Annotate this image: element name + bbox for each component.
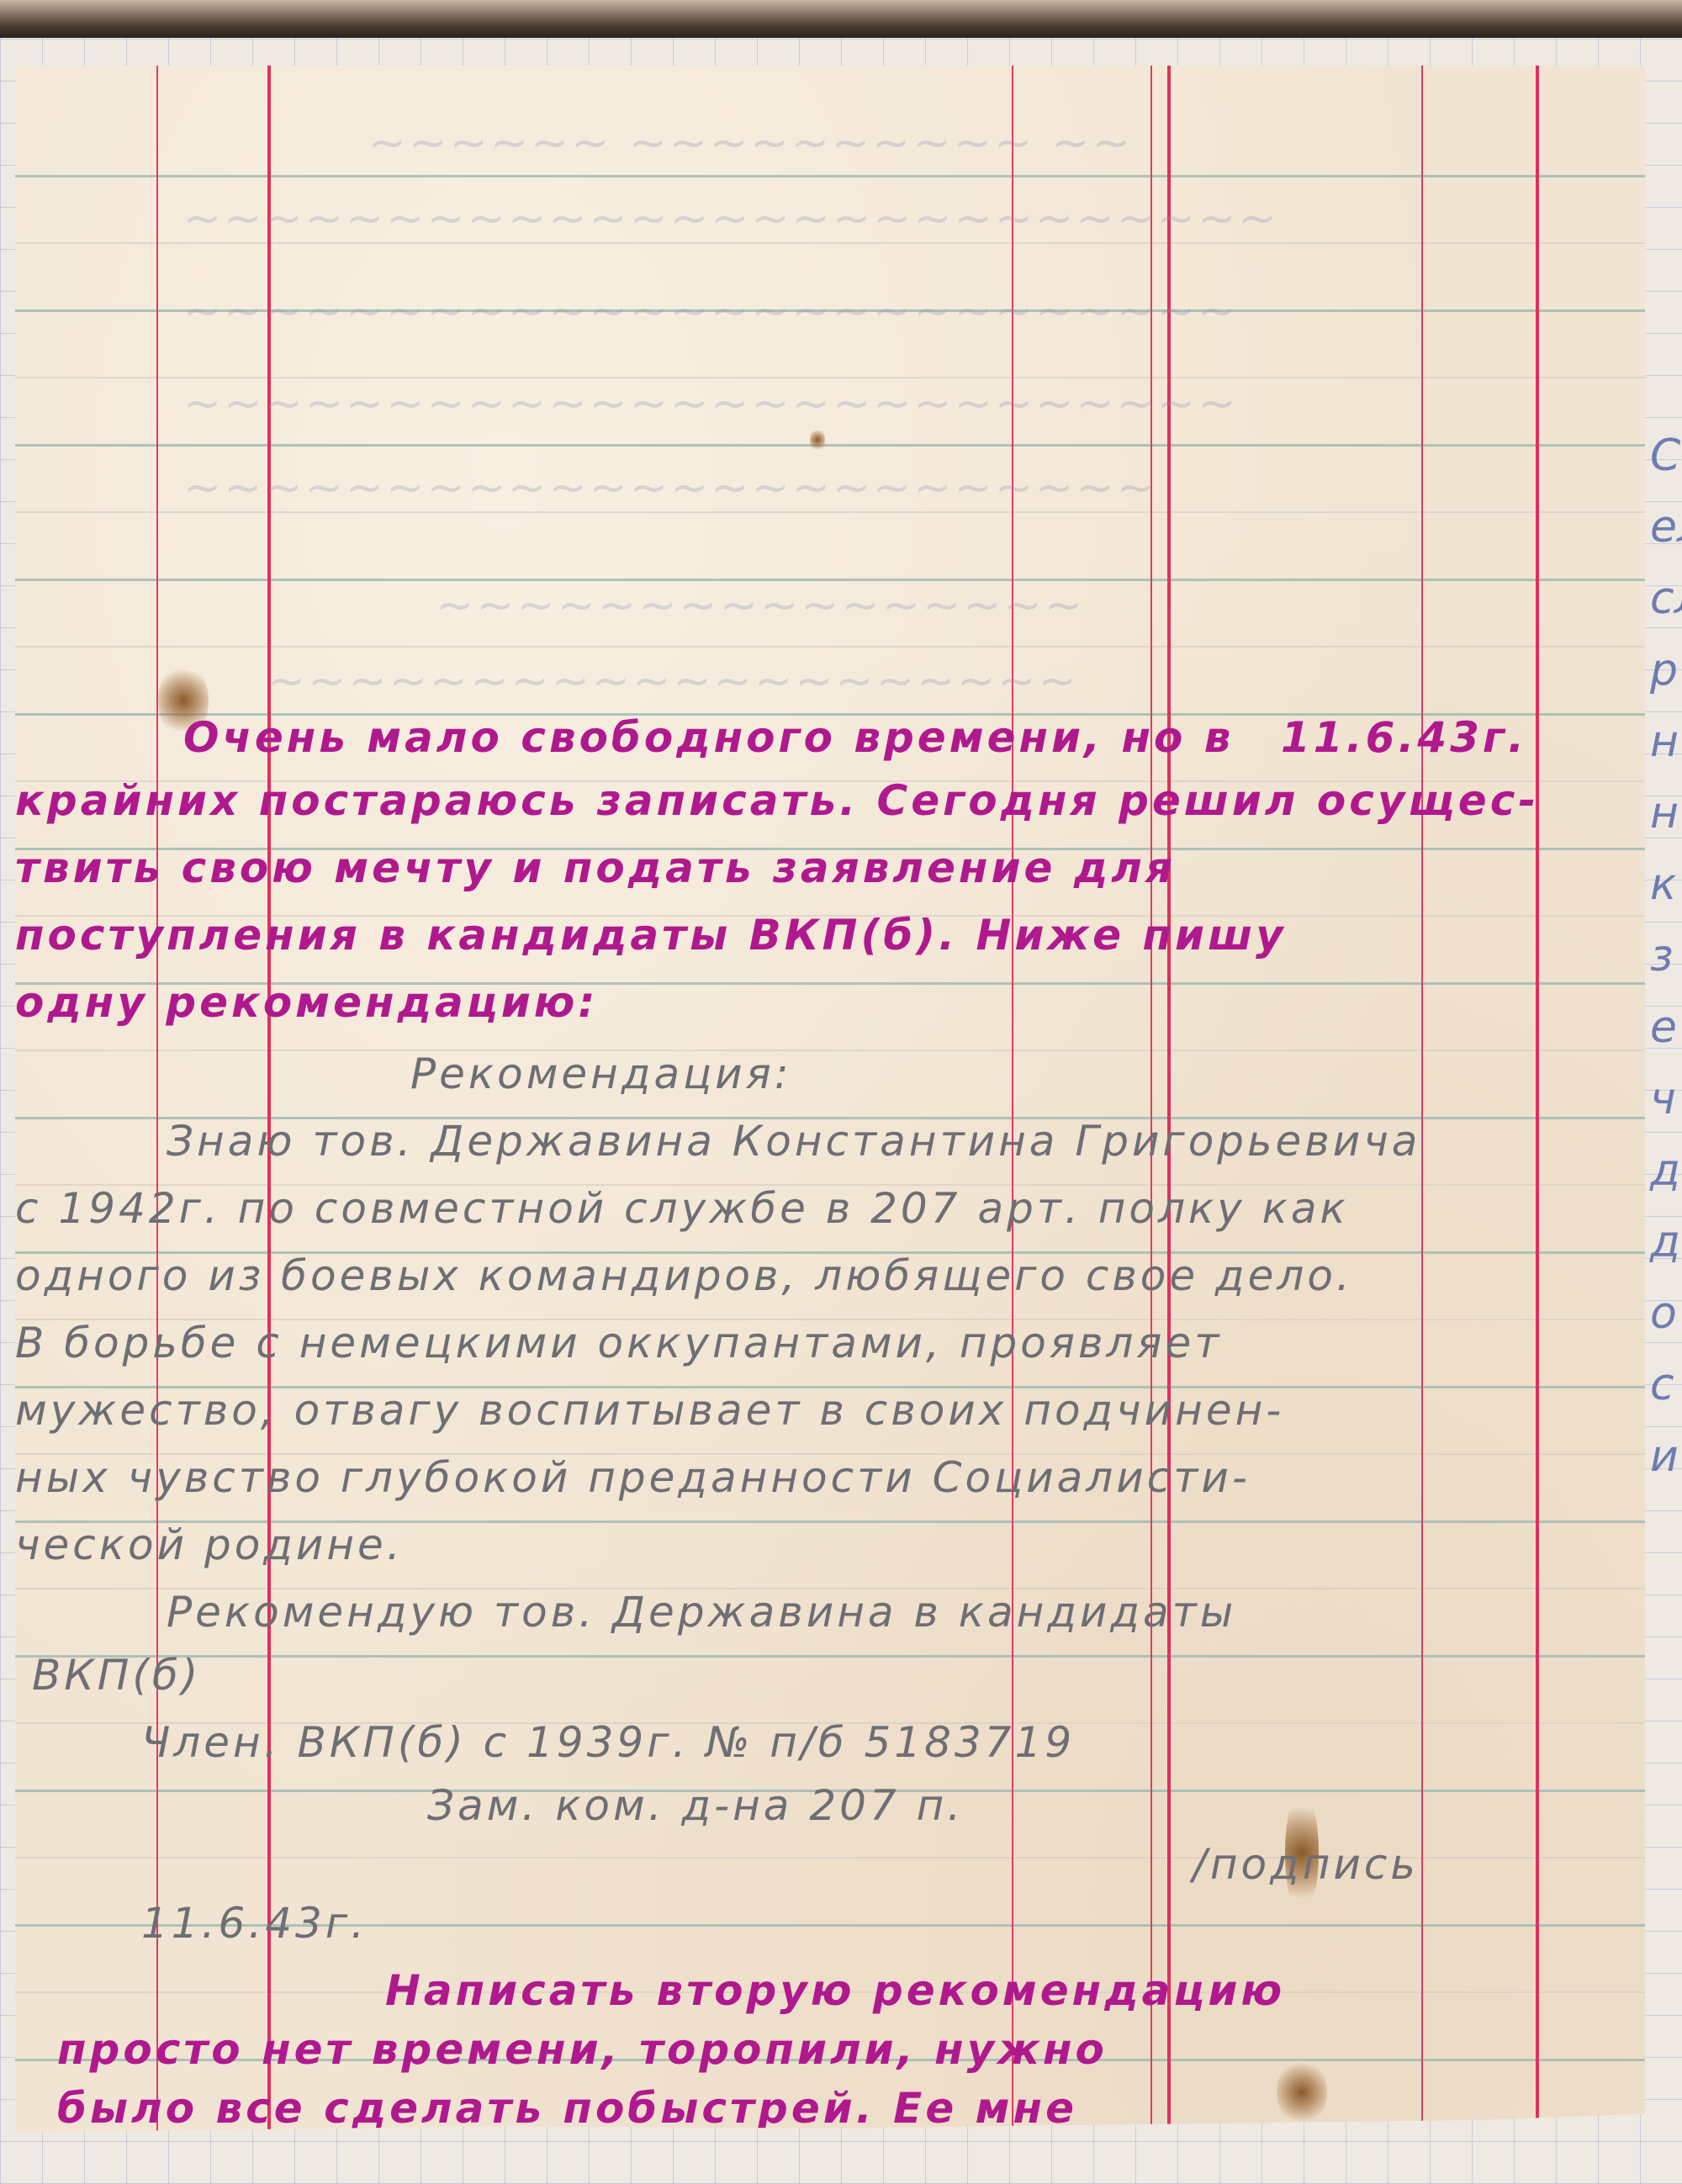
adjacent-fragment: д	[1650, 1207, 1682, 1278]
adjacent-page-strip: С ел сл р н н к з е ч д д о с и	[1647, 420, 1682, 2184]
notebook-binding-edge	[0, 0, 1682, 38]
entry-date: 11.6.43г.	[1281, 713, 1527, 762]
adjacent-fragment: с	[1650, 1350, 1682, 1421]
bleed-through-text: ~~~~~~ ~~~~~~~~~~ ~~	[368, 116, 1133, 169]
adjacent-fragment: р	[1650, 635, 1682, 706]
stain	[810, 427, 825, 452]
bleed-through-text: ~~~~~~~~~~~~~~~~~~~~~~~~~~	[183, 377, 1238, 430]
recommendation-line: с 1942г. по совместной службе в 207 арт.…	[15, 1184, 1349, 1233]
adjacent-fragment: н	[1650, 778, 1682, 849]
bleed-through-text: ~~~~~~~~~~~~~~~~	[436, 579, 1085, 632]
recommendation-line: одного из боевых командиров, любящего св…	[15, 1251, 1353, 1300]
adjacent-fragment: ел	[1650, 492, 1682, 563]
column-rule	[1421, 66, 1423, 2143]
bleed-through-text: ~~~~~~~~~~~~~~~~~~~~~~~~~~	[183, 284, 1238, 337]
ruled-line-faint	[15, 646, 1645, 648]
bleed-through-text: ~~~~~~~~~~~~~~~~~~~~	[267, 654, 1079, 707]
adjacent-fragment: н	[1650, 706, 1682, 778]
closing-line: просто нет времени, торопили, нужно	[57, 2025, 1108, 2074]
diary-sheet: ~~~~~~ ~~~~~~~~~~ ~~ ~~~~~~~~~~~~~~~~~~~…	[15, 66, 1645, 2143]
adjacent-fragment: С	[1650, 420, 1682, 492]
recommendation-line: ческой родине.	[15, 1520, 404, 1569]
adjacent-fragment: ч	[1650, 1064, 1682, 1135]
ruled-line	[15, 444, 1645, 447]
bleed-through-text: ~~~~~~~~~~~~~~~~~~~~~~~~~~~	[183, 192, 1279, 245]
adjacent-fragment: о	[1650, 1278, 1682, 1350]
ruled-line	[15, 175, 1645, 177]
recommendation-membership: Член. ВКП(б) с 1939г. № п/б 5183719	[141, 1718, 1075, 1767]
margin-rule	[156, 66, 158, 2143]
entry-line: твить свою мечту и подать заявление для	[15, 843, 1176, 892]
column-rule-thick	[1536, 66, 1539, 2143]
recommendation-line: ных чувство глубокой преданности Социали…	[15, 1453, 1251, 1502]
ruled-line	[15, 1655, 1645, 1658]
recommendation-line: ВКП(б)	[32, 1651, 201, 1700]
recommendation-line: мужество, отвагу воспитывает в своих под…	[15, 1386, 1284, 1435]
entry-line: крайних постараюсь записать. Сегодня реш…	[15, 776, 1539, 825]
adjacent-fragment: и	[1650, 1421, 1682, 1493]
recommendation-line: Рекомендую тов. Державина в кандидаты	[167, 1588, 1236, 1637]
adjacent-fragment: е	[1650, 992, 1682, 1064]
entry-line: одну рекомендацию:	[15, 978, 598, 1027]
entry-line: поступления в кандидаты ВКП(б). Ниже пиш…	[15, 911, 1287, 960]
adjacent-fragment: д	[1650, 1135, 1682, 1207]
recommendation-line: Знаю тов. Державина Константина Григорье…	[167, 1117, 1420, 1166]
recommendation-title: Рекомендация:	[410, 1050, 792, 1098]
ruled-line-faint	[15, 1050, 1645, 1051]
adjacent-fragment: з	[1650, 921, 1682, 992]
stain	[1277, 2059, 1327, 2126]
recommendation-position: Зам. ком. д-на 207 п.	[427, 1781, 964, 1830]
closing-line: Написать вторую рекомендацию	[385, 1966, 1285, 2015]
adjacent-fragment: сл	[1650, 563, 1682, 635]
recommendation-signature: /подпись	[1193, 1840, 1419, 1889]
bleed-through-text: ~~~~~~~~~~~~~~~~~~~~~~~~	[183, 461, 1157, 514]
adjacent-fragment: к	[1650, 849, 1682, 921]
entry-line: Очень мало свободного времени, но в	[183, 713, 1234, 762]
recommendation-date: 11.6.43г.	[141, 1899, 368, 1948]
recommendation-line: В борьбе с немецкими оккупантами, проявл…	[15, 1319, 1222, 1367]
closing-line: было все сделать побыстрей. Ее мне	[57, 2084, 1077, 2133]
